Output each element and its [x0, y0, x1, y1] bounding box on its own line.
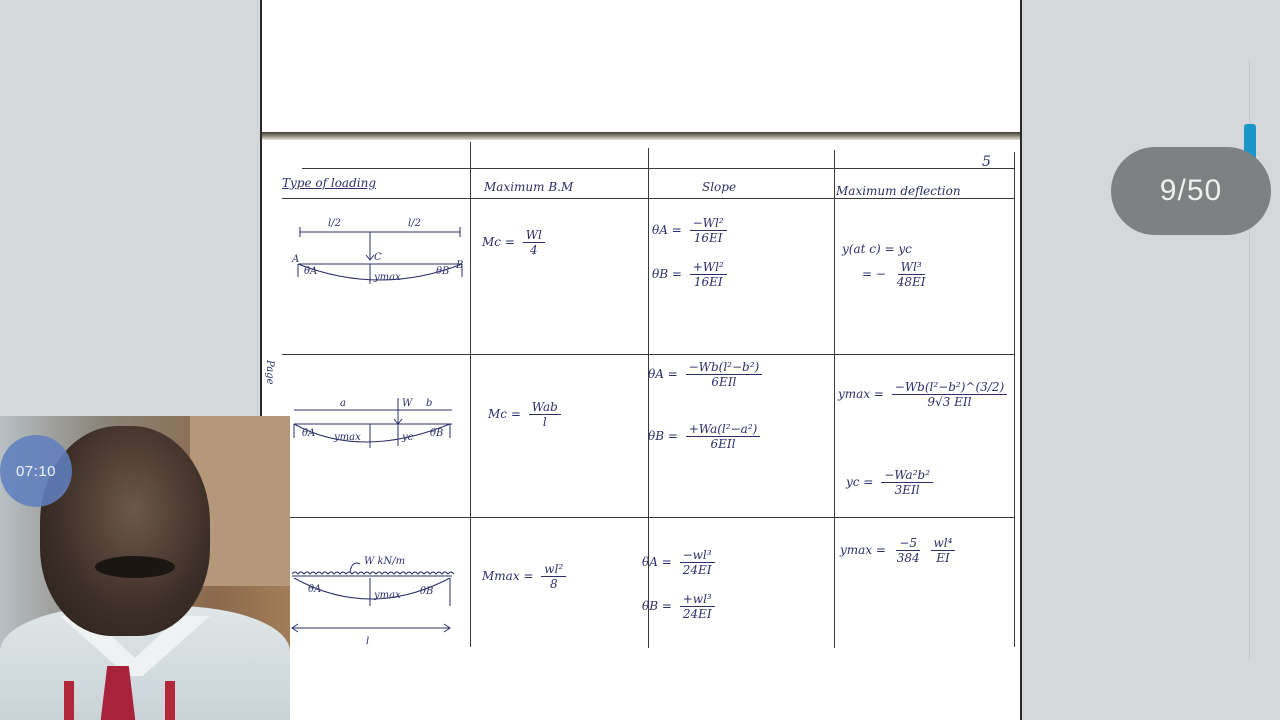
header-max-bm: Maximum B.M: [484, 180, 573, 194]
svg-text:B: B: [455, 260, 463, 271]
bm-row-3: Mmax = wl²8: [482, 562, 566, 591]
svg-text:yc: yc: [401, 432, 414, 443]
svg-text:l/2: l/2: [408, 218, 421, 229]
document-page[interactable]: 5 Page Type of loading Maximum B.M Slope…: [260, 0, 1022, 720]
header-type-of-loading: Type of loading: [282, 176, 376, 190]
slope-a-row-3: θA = −wl³24EI: [642, 548, 715, 577]
slope-a-row-1: θA = −Wl²16EI: [652, 216, 727, 245]
bm-row-2: Mc = Wabl: [488, 400, 561, 429]
svg-text:θA: θA: [304, 266, 317, 277]
diagram-central-point-load: l/2 l/2 C A B θA θB ymax: [290, 212, 470, 292]
slope-b-row-3: θB = +wl³24EI: [642, 592, 715, 621]
deflection-row-2-yc: yc = −Wa²b²3EIl: [846, 468, 933, 497]
bm-row-1: Mc = Wl4: [482, 228, 545, 257]
svg-text:θB: θB: [430, 428, 443, 439]
svg-text:W kN/m: W kN/m: [364, 556, 405, 567]
page-indicator: 9/50: [1111, 147, 1271, 235]
diagram-udl: W kN/m θA ymax θB l: [290, 550, 470, 646]
deflection-row-1-line2: = − Wl³48EI: [862, 260, 929, 289]
diagram-eccentric-point-load: a W b θA ymax yc θB: [290, 394, 470, 474]
svg-text:C: C: [374, 252, 382, 263]
scanned-notes: 5 Page Type of loading Maximum B.M Slope…: [262, 132, 1020, 652]
margin-note: Page: [264, 360, 275, 385]
webcam-presenter-mustache: [95, 556, 175, 578]
table-rule: [470, 142, 471, 647]
svg-text:l/2: l/2: [328, 218, 341, 229]
svg-text:θA: θA: [308, 584, 321, 595]
deflection-row-3: ymax = −5384 wl⁴EI: [840, 536, 955, 565]
svg-text:ymax: ymax: [333, 432, 361, 443]
svg-text:A: A: [291, 254, 299, 265]
scan-edge: [262, 132, 1020, 140]
header-slope: Slope: [702, 180, 736, 194]
svg-text:W: W: [402, 398, 413, 409]
slope-b-row-2: θB = +Wa(l²−a²)6EIl: [648, 422, 760, 451]
webcam-lanyard: [64, 681, 74, 720]
svg-text:l: l: [366, 636, 369, 646]
slope-a-row-2: θA = −Wb(l²−b²)6EIl: [648, 360, 762, 389]
table-rule: [1014, 152, 1015, 647]
svg-text:θB: θB: [420, 586, 433, 597]
svg-text:ymax: ymax: [373, 590, 401, 601]
svg-text:ymax: ymax: [373, 272, 401, 283]
svg-text:a: a: [340, 398, 346, 409]
document-viewer: 5 Page Type of loading Maximum B.M Slope…: [0, 0, 1280, 720]
table-rule: [834, 150, 835, 648]
recording-timer: 07:10: [0, 435, 72, 507]
svg-text:θB: θB: [436, 266, 449, 277]
svg-text:b: b: [426, 398, 432, 409]
deflection-row-1-line1: y(at c) = yc: [842, 242, 912, 256]
table-rule: [302, 168, 1014, 169]
slope-b-row-1: θB = +Wl²16EI: [652, 260, 727, 289]
corner-mark: 5: [982, 154, 991, 170]
webcam-lanyard: [165, 681, 175, 720]
header-max-deflection: Maximum deflection: [836, 184, 961, 198]
svg-text:θA: θA: [302, 428, 315, 439]
deflection-row-2-ymax: ymax = −Wb(l²−b²)^(3/2)9√3 EIl: [838, 380, 1007, 409]
